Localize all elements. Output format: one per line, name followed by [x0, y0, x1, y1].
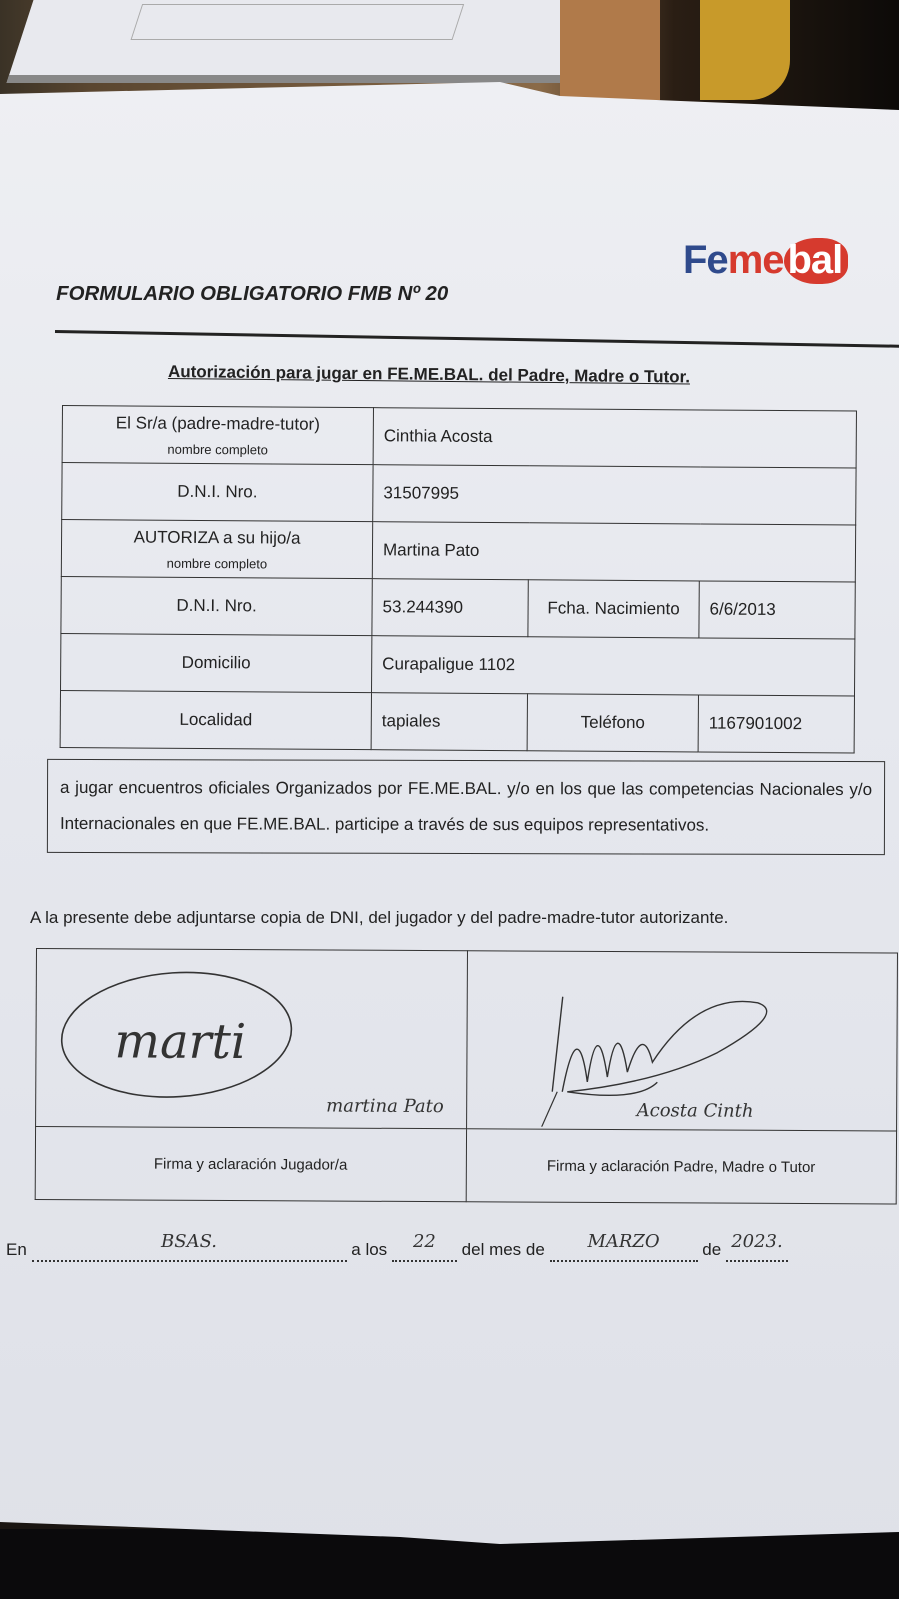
guardian-label: El Sr/a (padre-madre-tutor)nombre comple… [62, 406, 373, 465]
address-field[interactable]: Curapaligue 1102 [371, 636, 854, 696]
guardian-name-field[interactable]: Cinthia Acosta [373, 408, 856, 468]
svg-text:marti: marti [114, 1013, 246, 1070]
form-title: FORMULARIO OBLIGATORIO FMB Nº 20 [56, 283, 448, 306]
de-label: de [702, 1240, 721, 1259]
player-signature-box[interactable]: marti martina Pato [36, 949, 467, 1129]
logo-fe: Fe [683, 238, 728, 282]
en-label: En [6, 1240, 27, 1259]
background-folder [560, 0, 660, 100]
address-label: Domicilio [61, 633, 372, 692]
guardian-clarification: Acosta Cinth [637, 1100, 754, 1122]
table-row: Localidad tapiales Teléfono 1167901002 [60, 690, 854, 753]
birth-date-field[interactable]: 6/6/2013 [699, 581, 855, 639]
year-field[interactable]: 2023. [726, 1240, 788, 1262]
table-row: D.N.I. Nro. 53.244390 Fcha. Nacimiento 6… [61, 576, 855, 639]
day-field[interactable]: 22 [392, 1240, 457, 1262]
table-row: Domicilio Curapaligue 1102 [61, 633, 855, 696]
table-row: El Sr/a (padre-madre-tutor)nombre comple… [62, 406, 856, 469]
guardian-signature-caption: Firma y aclaración Padre, Madre o Tutor [466, 1129, 897, 1204]
guardian-dni-field[interactable]: 31507995 [373, 465, 856, 525]
authorization-table: El Sr/a (padre-madre-tutor)nombre comple… [60, 405, 857, 754]
a-los-label: a los [351, 1240, 387, 1259]
table-row: AUTORIZA a su hijo/anombre completo Mart… [61, 520, 855, 583]
child-name-field[interactable]: Martina Pato [372, 522, 855, 582]
background-object [700, 0, 790, 100]
table-row: D.N.I. Nro. 31507995 [62, 463, 856, 526]
birth-date-label: Fcha. Nacimiento [528, 580, 699, 638]
month-field[interactable]: MARZO [550, 1240, 698, 1262]
child-label: AUTORIZA a su hijo/anombre completo [61, 520, 372, 579]
phone-label: Teléfono [527, 694, 698, 752]
date-line: En BSAS. a los 22 del mes de MARZO de 20… [6, 1240, 788, 1262]
city-label: Localidad [60, 690, 371, 749]
logo-bal: bal [784, 238, 849, 284]
mes-label: del mes de [462, 1240, 545, 1259]
femebal-logo: Femebal [683, 238, 848, 283]
signature-table: marti martina Pato Acosta Cinth Firma y … [35, 948, 898, 1205]
player-signature-caption: Firma y aclaración Jugador/a [35, 1127, 466, 1202]
guardian-dni-label: D.N.I. Nro. [62, 463, 373, 522]
attachment-note: A la presente debe adjuntarse copia de D… [30, 908, 728, 928]
child-dni-field[interactable]: 53.244390 [372, 579, 528, 637]
city-field[interactable]: tapiales [371, 693, 527, 751]
authorization-paragraph: a jugar encuentros oficiales Organizados… [47, 759, 885, 855]
child-dni-label: D.N.I. Nro. [61, 576, 372, 635]
background-papers [7, 0, 594, 83]
logo-me: me [728, 238, 784, 282]
place-field[interactable]: BSAS. [32, 1240, 347, 1262]
phone-field[interactable]: 1167901002 [698, 695, 854, 753]
guardian-signature-box[interactable]: Acosta Cinth [466, 951, 897, 1131]
player-clarification: martina Pato [326, 1096, 444, 1118]
